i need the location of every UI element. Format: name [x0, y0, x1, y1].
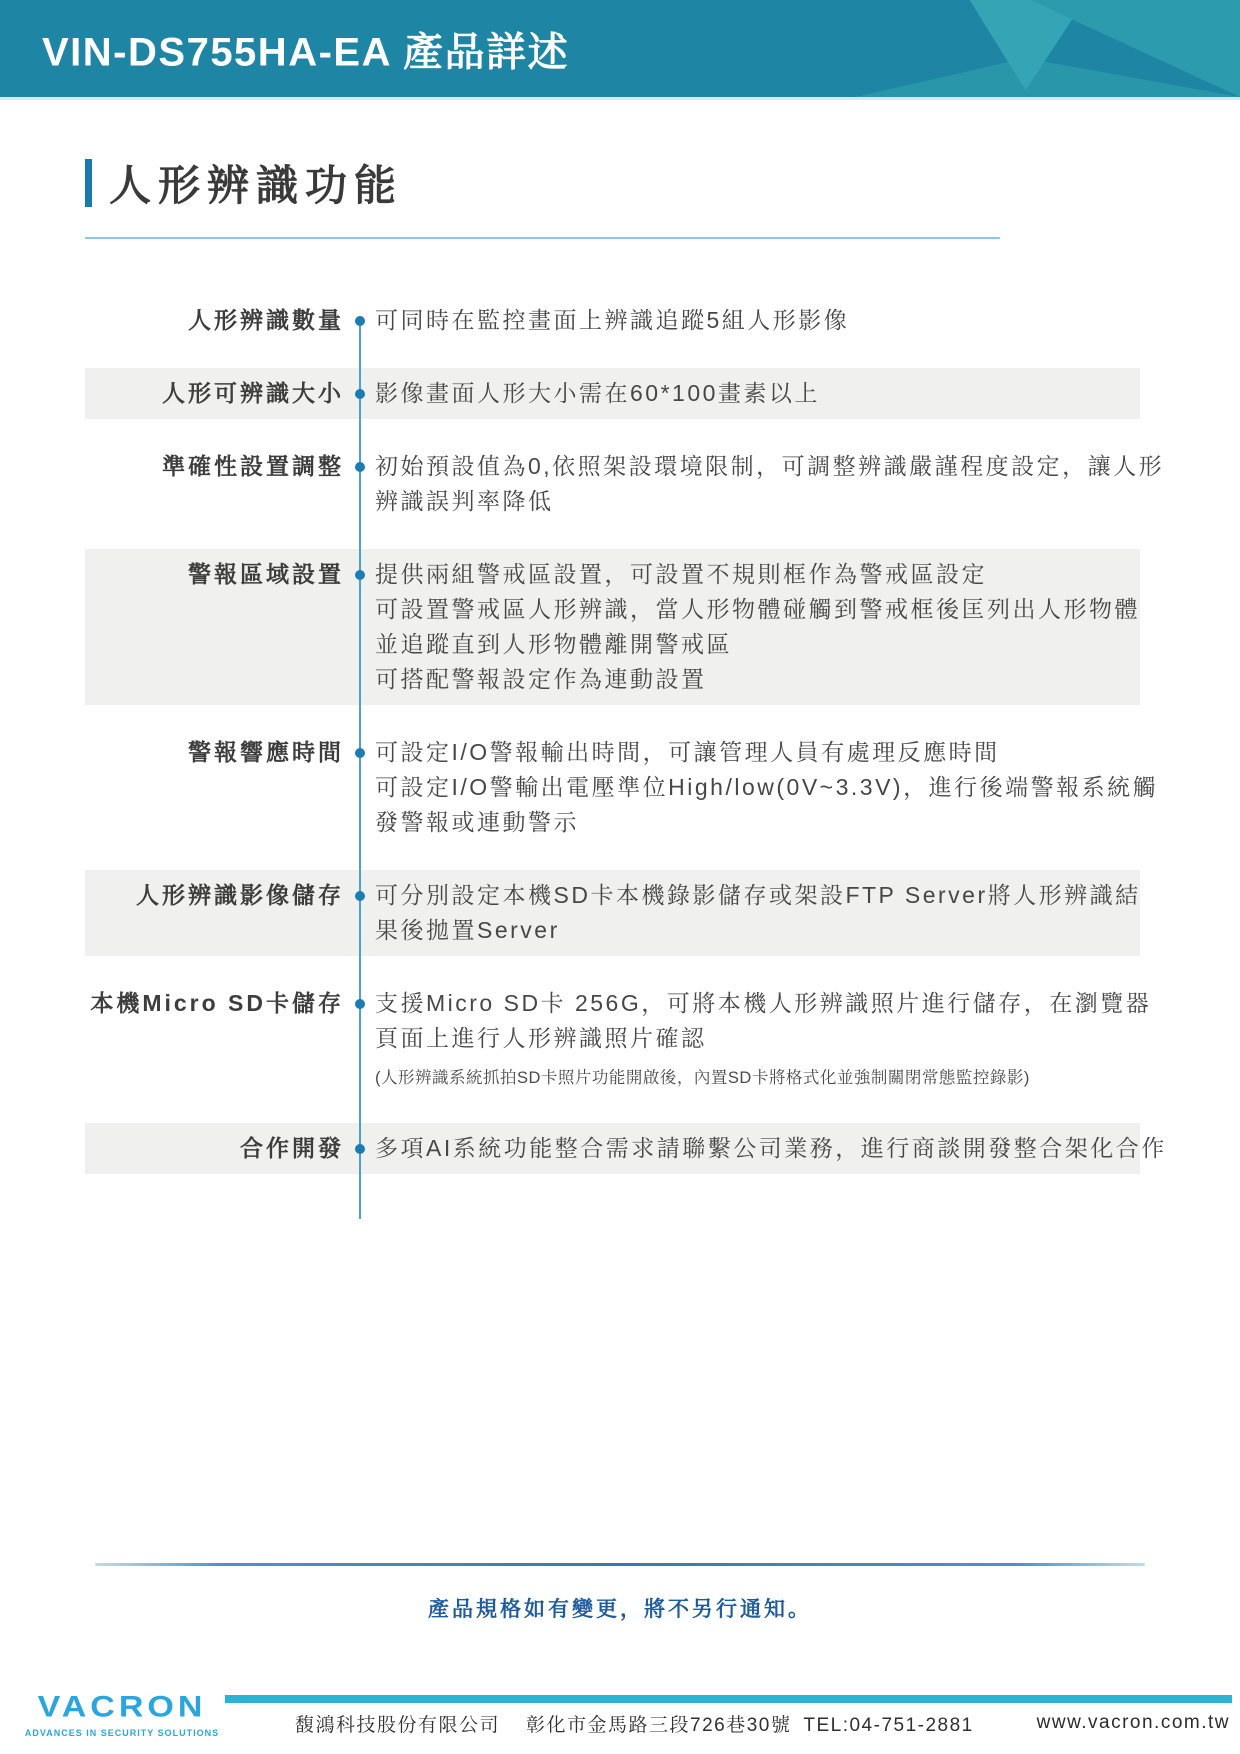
section-title: 人形辨識功能 — [109, 153, 403, 213]
spec-desc-line: 初始預設值為0,依照架設環境限制，可調整辨識嚴謹程度設定，讓人形 — [375, 449, 1164, 484]
bullet-dot-icon — [355, 462, 365, 472]
notice-divider — [95, 1563, 1145, 1566]
bullet-dot-icon — [355, 999, 365, 1009]
spec-row: 人形辨識數量可同時在監控畫面上辨識追蹤5組人形影像 — [85, 303, 1140, 338]
spec-desc-line: 多項AI系統功能整合需求請聯繫公司業務，進行商談開發整合架化合作 — [375, 1131, 1167, 1166]
spec-label: 準確性設置調整 — [162, 453, 344, 479]
spec-desc-line: 可搭配警報設定作為連動設置 — [375, 662, 1140, 697]
spec-desc: 多項AI系統功能整合需求請聯繫公司業務，進行商談開發整合架化合作 — [360, 1131, 1167, 1166]
spec-label: 本機Micro SD卡儲存 — [90, 990, 344, 1016]
spec-label-cell: 警報區域設置 — [85, 557, 360, 697]
spec-list: 人形辨識數量可同時在監控畫面上辨識追蹤5組人形影像人形可辨識大小影像畫面人形大小… — [85, 303, 1140, 1174]
footer-company: 馥鴻科技股份有限公司 — [295, 1715, 500, 1736]
spec-label: 合作開發 — [240, 1135, 344, 1161]
bullet-dot-icon — [355, 316, 365, 326]
spec-desc-line: 影像畫面人形大小需在60*100畫素以上 — [375, 376, 1140, 411]
spec-desc: 可同時在監控畫面上辨識追蹤5組人形影像 — [360, 303, 1140, 338]
spec-desc-line: 可同時在監控畫面上辨識追蹤5組人形影像 — [375, 303, 1140, 338]
logo-tagline: ADVANCES IN SECURITY SOLUTIONS — [22, 1728, 222, 1738]
footer-website-link: www.vacron.com.tw — [1037, 1712, 1230, 1734]
spec-label-cell: 人形可辨識大小 — [85, 376, 360, 411]
spec-row: 警報響應時間可設定I/O警報輸出時間，可讓管理人員有處理反應時間可設定I/O警輸… — [85, 735, 1140, 840]
spec-row: 本機Micro SD卡儲存支援Micro SD卡 256G，可將本機人形辨識照片… — [85, 986, 1140, 1093]
spec-label-cell: 警報響應時間 — [85, 735, 360, 840]
spec-row: 人形可辨識大小影像畫面人形大小需在60*100畫素以上 — [85, 368, 1140, 419]
section-underline — [85, 237, 1000, 239]
page-title: VIN-DS755HA-EA 產品詳述 — [42, 20, 569, 77]
spec-label-cell: 準確性設置調整 — [85, 449, 360, 519]
bullet-dot-icon — [355, 891, 365, 901]
vacron-logo: VACRON ADVANCES IN SECURITY SOLUTIONS — [22, 1690, 222, 1738]
spec-desc-line: 可分別設定本機SD卡本機錄影儲存或架設FTP Server將人形辨識結 — [375, 878, 1141, 913]
spec-label-cell: 人形辨識影像儲存 — [85, 878, 360, 948]
bullet-dot-icon — [355, 748, 365, 758]
spec-desc: 可分別設定本機SD卡本機錄影儲存或架設FTP Server將人形辨識結果後拋置S… — [360, 878, 1141, 948]
spec-row: 人形辨識影像儲存可分別設定本機SD卡本機錄影儲存或架設FTP Server將人形… — [85, 870, 1140, 956]
bullet-dot-icon — [355, 570, 365, 580]
spec-desc-line: 頁面上進行人形辨識照片確認 — [375, 1021, 1151, 1056]
datasheet-page: VIN-DS755HA-EA 產品詳述 人形辨識功能 人形辨識數量可同時在監控畫… — [0, 0, 1240, 1754]
spec-label: 人形可辨識大小 — [162, 380, 344, 406]
spec-label: 人形辨識數量 — [188, 307, 344, 333]
heading-accent-bar — [85, 159, 92, 207]
spec-label: 警報響應時間 — [188, 739, 344, 765]
footer-accent-bar — [225, 1695, 1232, 1703]
section-heading: 人形辨識功能 — [85, 153, 1240, 213]
spec-label-cell: 人形辨識數量 — [85, 303, 360, 338]
spec-label: 人形辨識影像儲存 — [136, 882, 344, 908]
spec-label: 警報區域設置 — [188, 561, 344, 587]
spec-desc-line: 支援Micro SD卡 256G，可將本機人形辨識照片進行儲存，在瀏覽器 — [375, 986, 1151, 1021]
footer-contact: 馥鴻科技股份有限公司彰化市金馬路三段726巷30號TEL:04-751-2881 — [295, 1710, 974, 1737]
spec-desc: 初始預設值為0,依照架設環境限制，可調整辨識嚴謹程度設定，讓人形辨識誤判率降低 — [360, 449, 1164, 519]
spec-desc: 可設定I/O警報輸出時間，可讓管理人員有處理反應時間可設定I/O警輸出電壓準位H… — [360, 735, 1158, 840]
header-banner: VIN-DS755HA-EA 產品詳述 — [0, 0, 1240, 100]
spec-desc: 支援Micro SD卡 256G，可將本機人形辨識照片進行儲存，在瀏覽器頁面上進… — [360, 986, 1151, 1093]
spec-desc-line: 並追蹤直到人形物體離開警戒區 — [375, 627, 1140, 662]
spec-desc-line: 果後拋置Server — [375, 913, 1141, 948]
bullet-dot-icon — [355, 1144, 365, 1154]
spec-row: 準確性設置調整初始預設值為0,依照架設環境限制，可調整辨識嚴謹程度設定，讓人形辨… — [85, 449, 1140, 519]
spec-row: 合作開發多項AI系統功能整合需求請聯繫公司業務，進行商談開發整合架化合作 — [85, 1123, 1140, 1174]
spec-desc-line: 可設置警戒區人形辨識，當人形物體碰觸到警戒框後匡列出人形物體 — [375, 592, 1140, 627]
bullet-dot-icon — [355, 389, 365, 399]
timeline-line — [359, 321, 361, 1219]
spec-label-cell: 合作開發 — [85, 1131, 360, 1166]
spec-desc-line: 辨識誤判率降低 — [375, 484, 1164, 519]
spec-label-cell: 本機Micro SD卡儲存 — [85, 986, 360, 1093]
spec-desc-line: 可設定I/O警輸出電壓準位High/low(0V~3.3V)，進行後端警報系統觸 — [375, 770, 1158, 805]
footer-tel: TEL:04-751-2881 — [803, 1715, 973, 1736]
spec-note: (人形辨識系統抓拍SD卡照片功能開啟後，內置SD卡將格式化並強制關閉常態監控錄影… — [375, 1063, 1151, 1093]
notice-text: 產品規格如有變更，將不另行通知。 — [95, 1593, 1145, 1623]
spec-desc: 提供兩組警戒區設置，可設置不規則框作為警戒區設定可設置警戒區人形辨識，當人形物體… — [360, 557, 1140, 697]
logo-wordmark: VACRON — [22, 1692, 222, 1722]
spec-desc-line: 提供兩組警戒區設置，可設置不規則框作為警戒區設定 — [375, 557, 1140, 592]
spec-desc-line: 可設定I/O警報輸出時間，可讓管理人員有處理反應時間 — [375, 735, 1158, 770]
spec-desc-line: 發警報或連動警示 — [375, 805, 1158, 840]
footer-address: 彰化市金馬路三段726巷30號 — [526, 1715, 791, 1736]
change-notice: 產品規格如有變更，將不另行通知。 — [95, 1563, 1145, 1623]
spec-desc: 影像畫面人形大小需在60*100畫素以上 — [360, 376, 1140, 411]
spec-row: 警報區域設置提供兩組警戒區設置，可設置不規則框作為警戒區設定可設置警戒區人形辨識… — [85, 549, 1140, 705]
